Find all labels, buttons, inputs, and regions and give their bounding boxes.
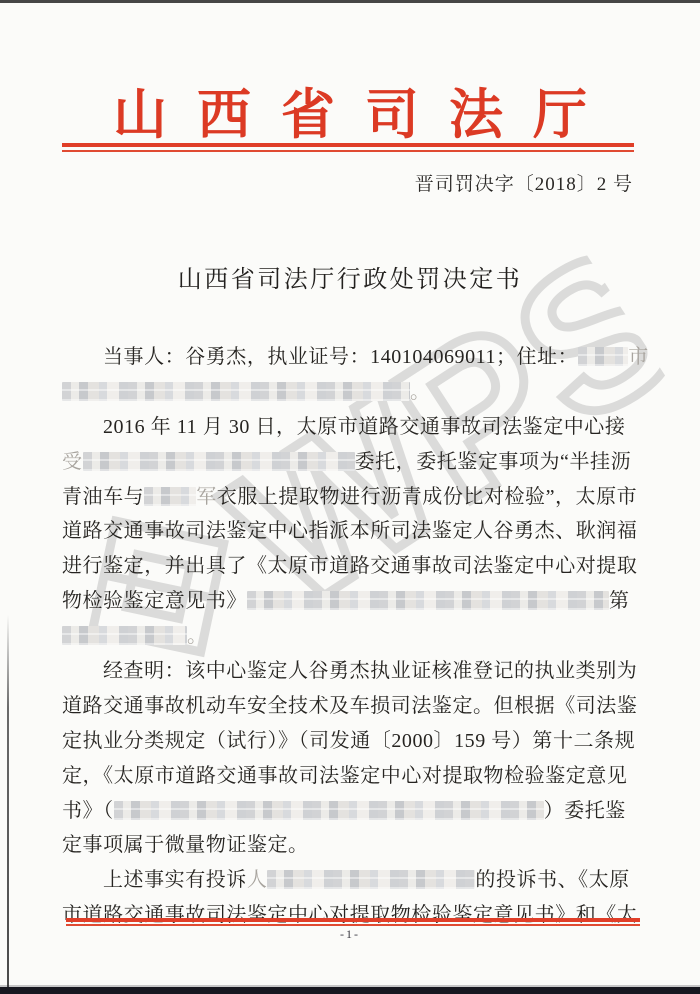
body-line: 当事人：谷勇杰，执业证号：140104069011；住址：市 [62, 340, 640, 375]
body-text-segment: 物检验鉴定意见书》 [62, 590, 247, 612]
document-title: 山西省司法厅行政处罚决定书 [0, 259, 700, 294]
scan-edge-top [0, 0, 700, 3]
body-line: 书》（）委托鉴 [62, 794, 640, 829]
footer-divider-thin-line [66, 924, 640, 926]
body-text-segment: 。 [410, 381, 431, 403]
body-text-segment: 衣服上提取物进行沥青成份比对检验”，太原市 [217, 486, 637, 508]
document-body: 当事人：谷勇杰，执业证号：140104069011；住址：市。2016 年 11… [62, 340, 640, 933]
redaction-block [62, 626, 187, 645]
body-line: 。 [62, 375, 640, 410]
body-text-segment: 上述事实有投诉 [103, 869, 247, 891]
body-text-segment: 定事项属于微量物证鉴定。 [62, 834, 309, 856]
body-text-segment: 第 [609, 590, 630, 612]
body-text-segment: 书》（ [62, 800, 114, 822]
body-line: 2016 年 11 月 30 日，太原市道路交通事故司法鉴定中心接 [62, 410, 640, 445]
body-text-segment: ）委托鉴 [544, 800, 626, 822]
body-text-segment: 2016 年 11 月 30 日，太原市道路交通事故司法鉴定中心接 [103, 416, 625, 438]
body-text-segment: 受 [62, 451, 83, 473]
redaction-block [247, 591, 609, 610]
body-line: 进行鉴定，并出具了《太原市道路交通事故司法鉴定中心对提取 [62, 549, 640, 584]
letterhead-org-title: 山西省司法厅 [0, 72, 700, 149]
body-text-segment: 经查明：该中心鉴定人谷勇杰执业证核准登记的执业类别为 [103, 660, 637, 682]
body-text-segment: 当事人：谷勇杰，执业证号：140104069011；住址： [103, 346, 578, 368]
body-text-segment: 道路交通事故司法鉴定中心指派本所司法鉴定人谷勇杰、耿润福 [62, 520, 637, 542]
scanned-document-page: WPS 山西省司法厅 晋司罚决字〔2018〕2 号 山西省司法厅行政处罚决定书 … [0, 0, 700, 994]
body-line: 定执业分类规定（试行）》（司发通〔2000〕159 号）第十二条规 [62, 724, 640, 759]
body-text-segment: 的投诉书、《太原 [475, 869, 629, 891]
footer-divider [66, 918, 640, 926]
redaction-block [114, 801, 544, 820]
body-text-segment: 军 [196, 486, 217, 508]
body-text-segment: 道路交通事故机动车安全技术及车损司法鉴定。但根据《司法鉴 [62, 695, 637, 717]
body-text-segment: 青油车与 [62, 486, 144, 508]
redaction-block [62, 382, 410, 401]
body-text-segment: 进行鉴定，并出具了《太原市道路交通事故司法鉴定中心对提取 [62, 555, 637, 577]
body-line: 经查明：该中心鉴定人谷勇杰执业证核准登记的执业类别为 [62, 654, 640, 689]
body-line: 。 [62, 619, 640, 654]
body-text-segment: 委托，委托鉴定事项为“半挂沥 [355, 451, 632, 473]
letterhead-divider [62, 143, 634, 152]
body-text-segment: 定，《太原市道路交通事故司法鉴定中心对提取物检验鉴定意见 [62, 765, 627, 787]
body-line: 道路交通事故司法鉴定中心指派本所司法鉴定人谷勇杰、耿润福 [62, 514, 640, 549]
redaction-block [578, 347, 628, 366]
body-text-segment: 人 [247, 869, 268, 891]
scan-edge-left [7, 615, 9, 987]
body-text-segment: 定执业分类规定（试行）》（司发通〔2000〕159 号）第十二条规 [62, 730, 635, 752]
body-line: 定事项属于微量物证鉴定。 [62, 828, 640, 863]
scan-edge-bottom [0, 987, 700, 994]
body-line: 受委托，委托鉴定事项为“半挂沥 [62, 445, 640, 480]
body-text-segment: 。 [187, 625, 208, 647]
body-line: 道路交通事故机动车安全技术及车损司法鉴定。但根据《司法鉴 [62, 689, 640, 724]
page-number: -1- [0, 927, 700, 942]
letterhead-divider-thin-line [62, 150, 634, 152]
body-line: 物检验鉴定意见书》第 [62, 584, 640, 619]
redaction-block [144, 487, 196, 506]
redaction-block [83, 452, 355, 471]
body-line: 定，《太原市道路交通事故司法鉴定中心对提取物检验鉴定意见 [62, 759, 640, 794]
body-text-segment: 市 [628, 346, 649, 368]
document-number: 晋司罚决字〔2018〕2 号 [415, 169, 633, 196]
body-line: 上述事实有投诉人的投诉书、《太原 [62, 863, 640, 898]
body-line: 青油车与军衣服上提取物进行沥青成份比对检验”，太原市 [62, 480, 640, 515]
redaction-block [267, 870, 475, 889]
